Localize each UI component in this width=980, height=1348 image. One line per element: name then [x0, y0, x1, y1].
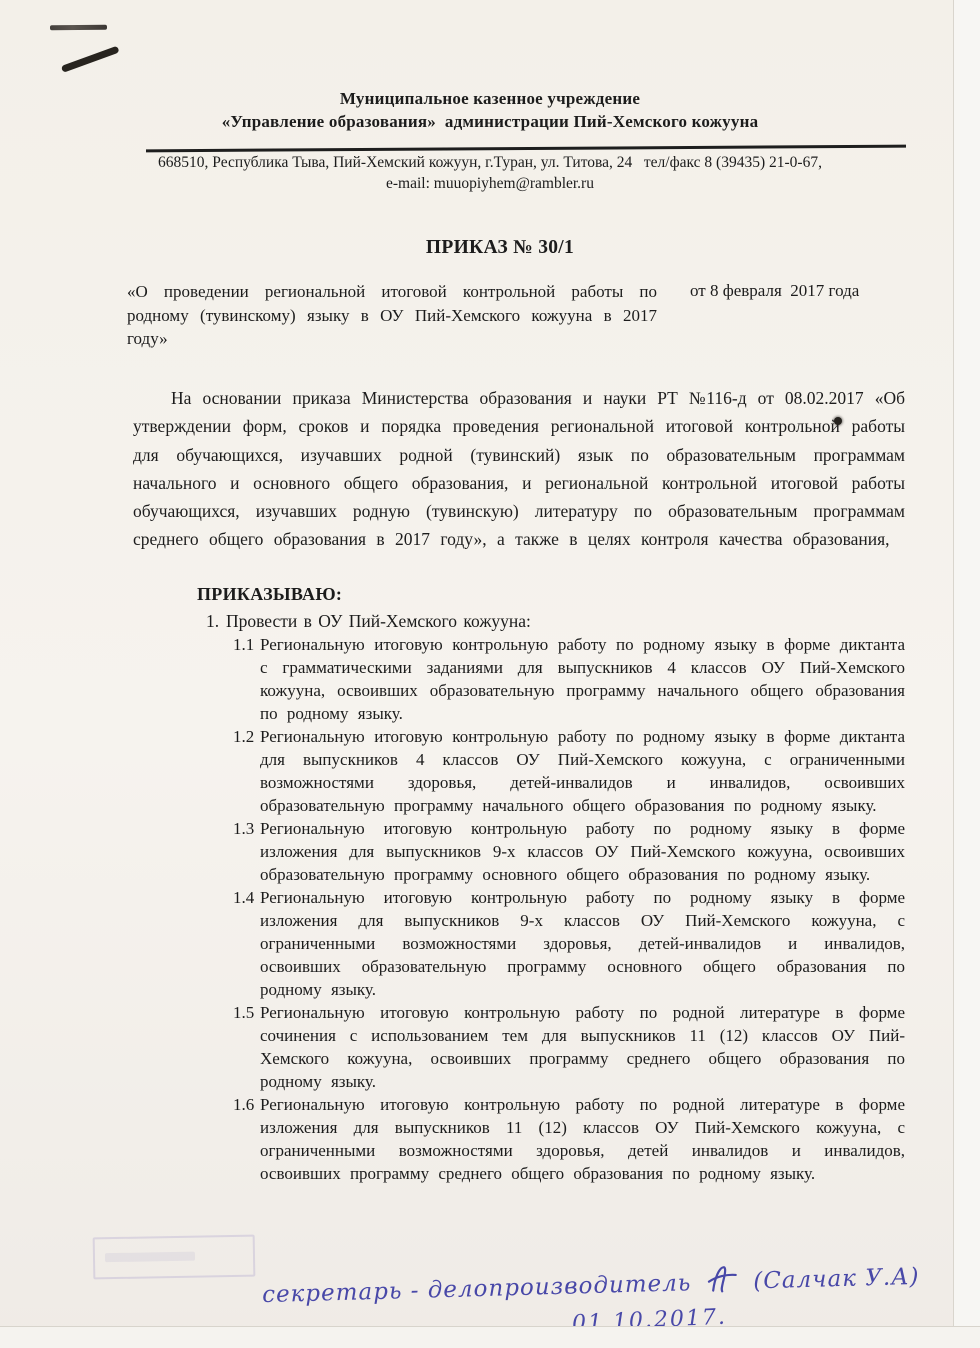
- pen-stroke-mark: [61, 46, 120, 73]
- letterhead-divider-line: [146, 145, 906, 153]
- scanned-order-document: Муниципальное казенное учреждение «Управ…: [0, 0, 980, 1348]
- handwritten-role: секретарь - делопроизводитель: [262, 1270, 692, 1308]
- subitem-number: 1.3: [233, 817, 260, 886]
- postal-address: 668510, Республика Тыва, Пий-Хемский кож…: [30, 153, 950, 174]
- order-preamble: На основании приказа Министерства образо…: [133, 384, 905, 554]
- order-subitem-1-2: 1.2 Региональную итоговую контрольную ра…: [233, 725, 905, 817]
- order-subitem-1-3: 1.3 Региональную итоговую контрольную ра…: [233, 817, 905, 886]
- subitem-text: Региональную итоговую контрольную работу…: [260, 886, 905, 1001]
- order-subitem-1-5: 1.5 Региональную итоговую контрольную ра…: [233, 1001, 905, 1093]
- organization-name-line2: «Управление образования» администрации П…: [30, 111, 950, 134]
- handwritten-name: (Салчак У.А): [753, 1264, 920, 1295]
- signature-mark: [705, 1263, 740, 1296]
- order-item-1: 1. Провести в ОУ Пий-Хемского кожууна:: [206, 610, 906, 633]
- subitem-text: Региональную итоговую контрольную работу…: [260, 1093, 905, 1185]
- resolution-heading: ПРИКАЗЫВАЮ:: [197, 584, 342, 605]
- subitem-number: 1.1: [233, 633, 260, 725]
- subitem-number: 1.6: [233, 1093, 260, 1185]
- organization-name-line1: Муниципальное казенное учреждение: [30, 88, 950, 111]
- subitem-number: 1.4: [233, 886, 260, 1001]
- subitem-number: 1.5: [233, 1001, 260, 1093]
- email-address: e-mail: muuopiyhem@rambler.ru: [30, 174, 950, 195]
- subitem-text: Региональную итоговую контрольную работу…: [260, 1001, 905, 1093]
- ink-blot-artifact: [834, 417, 842, 425]
- subitem-number: 1.2: [233, 725, 260, 817]
- letterhead: Муниципальное казенное учреждение «Управ…: [30, 88, 950, 133]
- order-subitem-1-4: 1.4 Региональную итоговую контрольную ра…: [233, 886, 905, 1001]
- order-subitems: 1.1 Региональную итоговую контрольную ра…: [233, 633, 905, 1185]
- contact-block: 668510, Республика Тыва, Пий-Хемский кож…: [30, 153, 950, 194]
- scan-artifact-bar: [50, 25, 107, 30]
- order-subject: «О проведении региональной итоговой конт…: [127, 280, 657, 351]
- order-subitem-1-6: 1.6 Региональную итоговую контрольную ра…: [233, 1093, 905, 1185]
- order-date: от 8 февраля 2017 года: [690, 281, 859, 301]
- subitem-text: Региональную итоговую контрольную работу…: [260, 725, 905, 817]
- item-text: Провести в ОУ Пий-Хемского кожууна:: [226, 610, 531, 633]
- paper-edge-bottom: [0, 1326, 980, 1348]
- subitem-text: Региональную итоговую контрольную работу…: [260, 817, 905, 886]
- item-number: 1.: [206, 610, 226, 633]
- order-subitem-1-1: 1.1 Региональную итоговую контрольную ра…: [233, 633, 905, 725]
- paper-edge-right: [953, 0, 980, 1348]
- subitem-text: Региональную итоговую контрольную работу…: [260, 633, 905, 725]
- order-title: ПРИКАЗ № 30/1: [30, 237, 970, 259]
- faint-smudge: [93, 1235, 252, 1276]
- handwritten-signature-line: секретарь - делопроизводитель (Салчак У.…: [262, 1264, 920, 1308]
